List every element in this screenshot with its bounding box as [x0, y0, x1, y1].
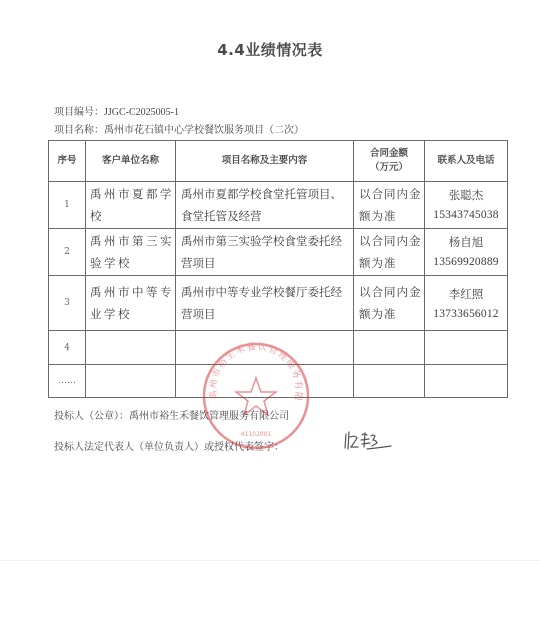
page-seam-divider: [0, 560, 540, 561]
header-amount-line1: 合同金额: [354, 147, 424, 161]
cell-contact: 张聪杰 15343745038: [425, 182, 508, 229]
cell-amount: 以合同内金额为准: [354, 276, 425, 331]
svg-text:41102001: 41102001: [241, 431, 272, 438]
cell-seq: 2: [49, 229, 86, 276]
handwritten-signature-icon: [343, 428, 393, 454]
project-name-label: 项目名称：: [54, 125, 104, 136]
header-amount: 合同金额 （万元）: [354, 141, 425, 182]
table-header-row: 序号 客户单位名称 项目名称及主要内容 合同金额 （万元） 联系人及电话: [49, 141, 508, 182]
header-project: 项目名称及主要内容: [176, 141, 354, 182]
header-amount-line2: （万元）: [354, 161, 424, 175]
cell-contact: [425, 365, 508, 398]
bidder-seal-line: 投标人（公章）：禹州市裕生禾餐饮管理服务有限公司: [54, 407, 289, 422]
cell-contact: 李红照 13733656012: [425, 276, 508, 331]
project-name-line: 项目名称：禹州市花石镇中心学校餐饮服务项目（二次）: [54, 121, 304, 136]
cell-project: 禹州市夏都学校食堂托管项目、食堂托管及经营: [176, 182, 354, 229]
bidder-label: 投标人（公章）：: [54, 411, 129, 422]
header-contact: 联系人及电话: [425, 141, 508, 182]
cell-amount: 以合同内金额为准: [354, 182, 425, 229]
cell-seq: 1: [49, 182, 86, 229]
table-row: 4: [49, 331, 508, 365]
cell-project: [176, 365, 354, 398]
contact-phone: 13569920889: [425, 252, 507, 272]
bidder-name: 禹州市裕生禾餐饮管理服务有限公司: [129, 411, 289, 422]
project-number-line: 项目编号：JJGC-C2025005-1: [54, 103, 179, 118]
page-title: 4.4业绩情况表: [0, 39, 540, 60]
contact-phone: 15343745038: [425, 205, 507, 225]
table-row: 2 禹州市第三实验学校 禹州市第三实验学校食堂委托经营项目 以合同内金额为准 杨…: [49, 229, 508, 276]
signatory-line: 投标人法定代表人（单位负责人）或授权代表签字：: [54, 438, 284, 453]
cell-amount: 以合同内金额为准: [354, 229, 425, 276]
header-seq: 序号: [49, 141, 86, 182]
project-name-value: 禹州市花石镇中心学校餐饮服务项目（二次）: [104, 125, 304, 136]
contact-name: 张聪杰: [425, 185, 507, 205]
cell-seq: ……: [49, 365, 86, 398]
signatory-label: 投标人法定代表人（单位负责人）或授权代表签字：: [54, 442, 284, 453]
performance-table: 序号 客户单位名称 项目名称及主要内容 合同金额 （万元） 联系人及电话 1 禹…: [48, 140, 508, 398]
cell-project: 禹州市中等专业学校餐厅委托经营项目: [176, 276, 354, 331]
cell-client: 禹州市夏都学校: [86, 182, 176, 229]
cell-amount: [354, 365, 425, 398]
cell-client: 禹州市中等专业学校: [86, 276, 176, 331]
cell-contact: [425, 331, 508, 365]
table-row: 1 禹州市夏都学校 禹州市夏都学校食堂托管项目、食堂托管及经营 以合同内金额为准…: [49, 182, 508, 229]
cell-contact: 杨自旭 13569920889: [425, 229, 508, 276]
cell-amount: [354, 331, 425, 365]
cell-client: 禹州市第三实验学校: [86, 229, 176, 276]
table-row: 3 禹州市中等专业学校 禹州市中等专业学校餐厅委托经营项目 以合同内金额为准 李…: [49, 276, 508, 331]
project-number-value: JJGC-C2025005-1: [104, 107, 179, 118]
cell-seq: 4: [49, 331, 86, 365]
contact-name: 杨自旭: [425, 232, 507, 252]
table-row: ……: [49, 365, 508, 398]
cell-client: [86, 365, 176, 398]
cell-client: [86, 331, 176, 365]
header-client: 客户单位名称: [86, 141, 176, 182]
cell-project: 禹州市第三实验学校食堂委托经营项目: [176, 229, 354, 276]
cell-project: [176, 331, 354, 365]
project-number-label: 项目编号：: [54, 107, 104, 118]
contact-phone: 13733656012: [425, 304, 507, 324]
cell-seq: 3: [49, 276, 86, 331]
contact-name: 李红照: [425, 284, 507, 304]
